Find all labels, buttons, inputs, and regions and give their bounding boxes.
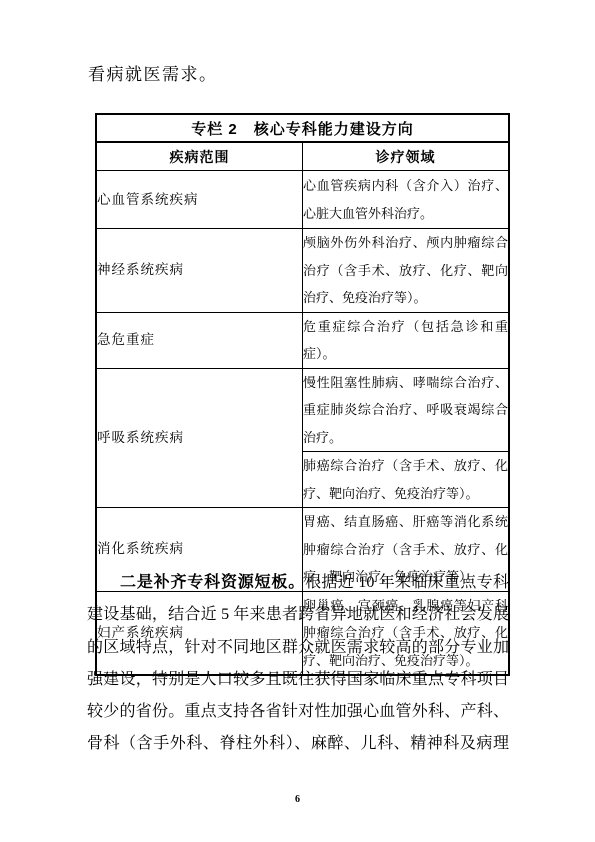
- body-paragraph: 二是补齐专科资源短板。根据近 10 年来临床重点专科 建设基础，结合近 5 年来…: [87, 567, 509, 761]
- col-header-disease-scope: 疾病范围: [96, 142, 303, 171]
- table-row: 呼吸系统疾病 慢性阻塞性肺病、哮喘综合治疗、重症肺炎综合治疗、呼吸衰竭综合治疗。: [96, 368, 509, 452]
- paragraph-line: 建设基础，结合近 5 年来患者跨省异地就医和经济社会发展: [87, 599, 509, 631]
- paragraph-line: 较少的省份。重点支持各省针对性加强心血管外科、产科、: [87, 696, 509, 728]
- table-title-row: 专栏 2 核心专科能力建设方向: [96, 114, 509, 142]
- document-page: 看病就医需求。 专栏 2 核心专科能力建设方向 疾病范围 诊疗领域 心血管系统疾…: [0, 0, 595, 842]
- treatment-field-cell: 慢性阻塞性肺病、哮喘综合治疗、重症肺炎综合治疗、呼吸衰竭综合治疗。: [303, 368, 510, 452]
- table-row: 心血管系统疾病 心血管疾病内科（含介入）治疗、心脏大血管外科治疗。: [96, 171, 509, 229]
- table-title: 专栏 2 核心专科能力建设方向: [96, 114, 509, 142]
- treatment-field-cell: 危重症综合治疗（包括急诊和重症）。: [303, 312, 510, 368]
- treatment-field-cell: 颅脑外伤外科治疗、颅内肿瘤综合治疗（含手术、放疗、化疗、靶向治疗、免疫治疗等）。: [303, 229, 510, 313]
- col-header-treatment-field: 诊疗领域: [303, 142, 510, 171]
- paragraph-line: 二是补齐专科资源短板。根据近 10 年来临床重点专科: [87, 567, 509, 599]
- table-row: 急危重症 危重症综合治疗（包括急诊和重症）。: [96, 312, 509, 368]
- paragraph-line: 强建设，特别是人口较多且既往获得国家临床重点专科项目: [87, 664, 509, 696]
- disease-scope-cell: 呼吸系统疾病: [96, 368, 303, 508]
- disease-scope-cell: 急危重症: [96, 312, 303, 368]
- treatment-field-cell: 心血管疾病内科（含介入）治疗、心脏大血管外科治疗。: [303, 171, 510, 229]
- page-number: 6: [0, 794, 595, 805]
- disease-scope-cell: 神经系统疾病: [96, 229, 303, 313]
- paragraph-line-text: 根据近 10 年来临床重点专科: [305, 574, 509, 591]
- paragraph-line: 骨科（含手外科、脊柱外科）、麻醉、儿科、精神科及病理: [87, 728, 509, 760]
- paragraph-line: 的区域特点，针对不同地区群众就医需求较高的部分专业加: [87, 632, 509, 664]
- table-header-row: 疾病范围 诊疗领域: [96, 142, 509, 171]
- table-row: 神经系统疾病 颅脑外伤外科治疗、颅内肿瘤综合治疗（含手术、放疗、化疗、靶向治疗、…: [96, 229, 509, 313]
- paragraph-continuation-text: 看病就医需求。: [88, 60, 218, 85]
- paragraph-bold-lead: 二是补齐专科资源短板。: [120, 574, 305, 591]
- treatment-field-cell: 肺癌综合治疗（含手术、放疗、化疗、靶向治疗、免疫治疗等）。: [303, 452, 510, 508]
- disease-scope-cell: 心血管系统疾病: [96, 171, 303, 229]
